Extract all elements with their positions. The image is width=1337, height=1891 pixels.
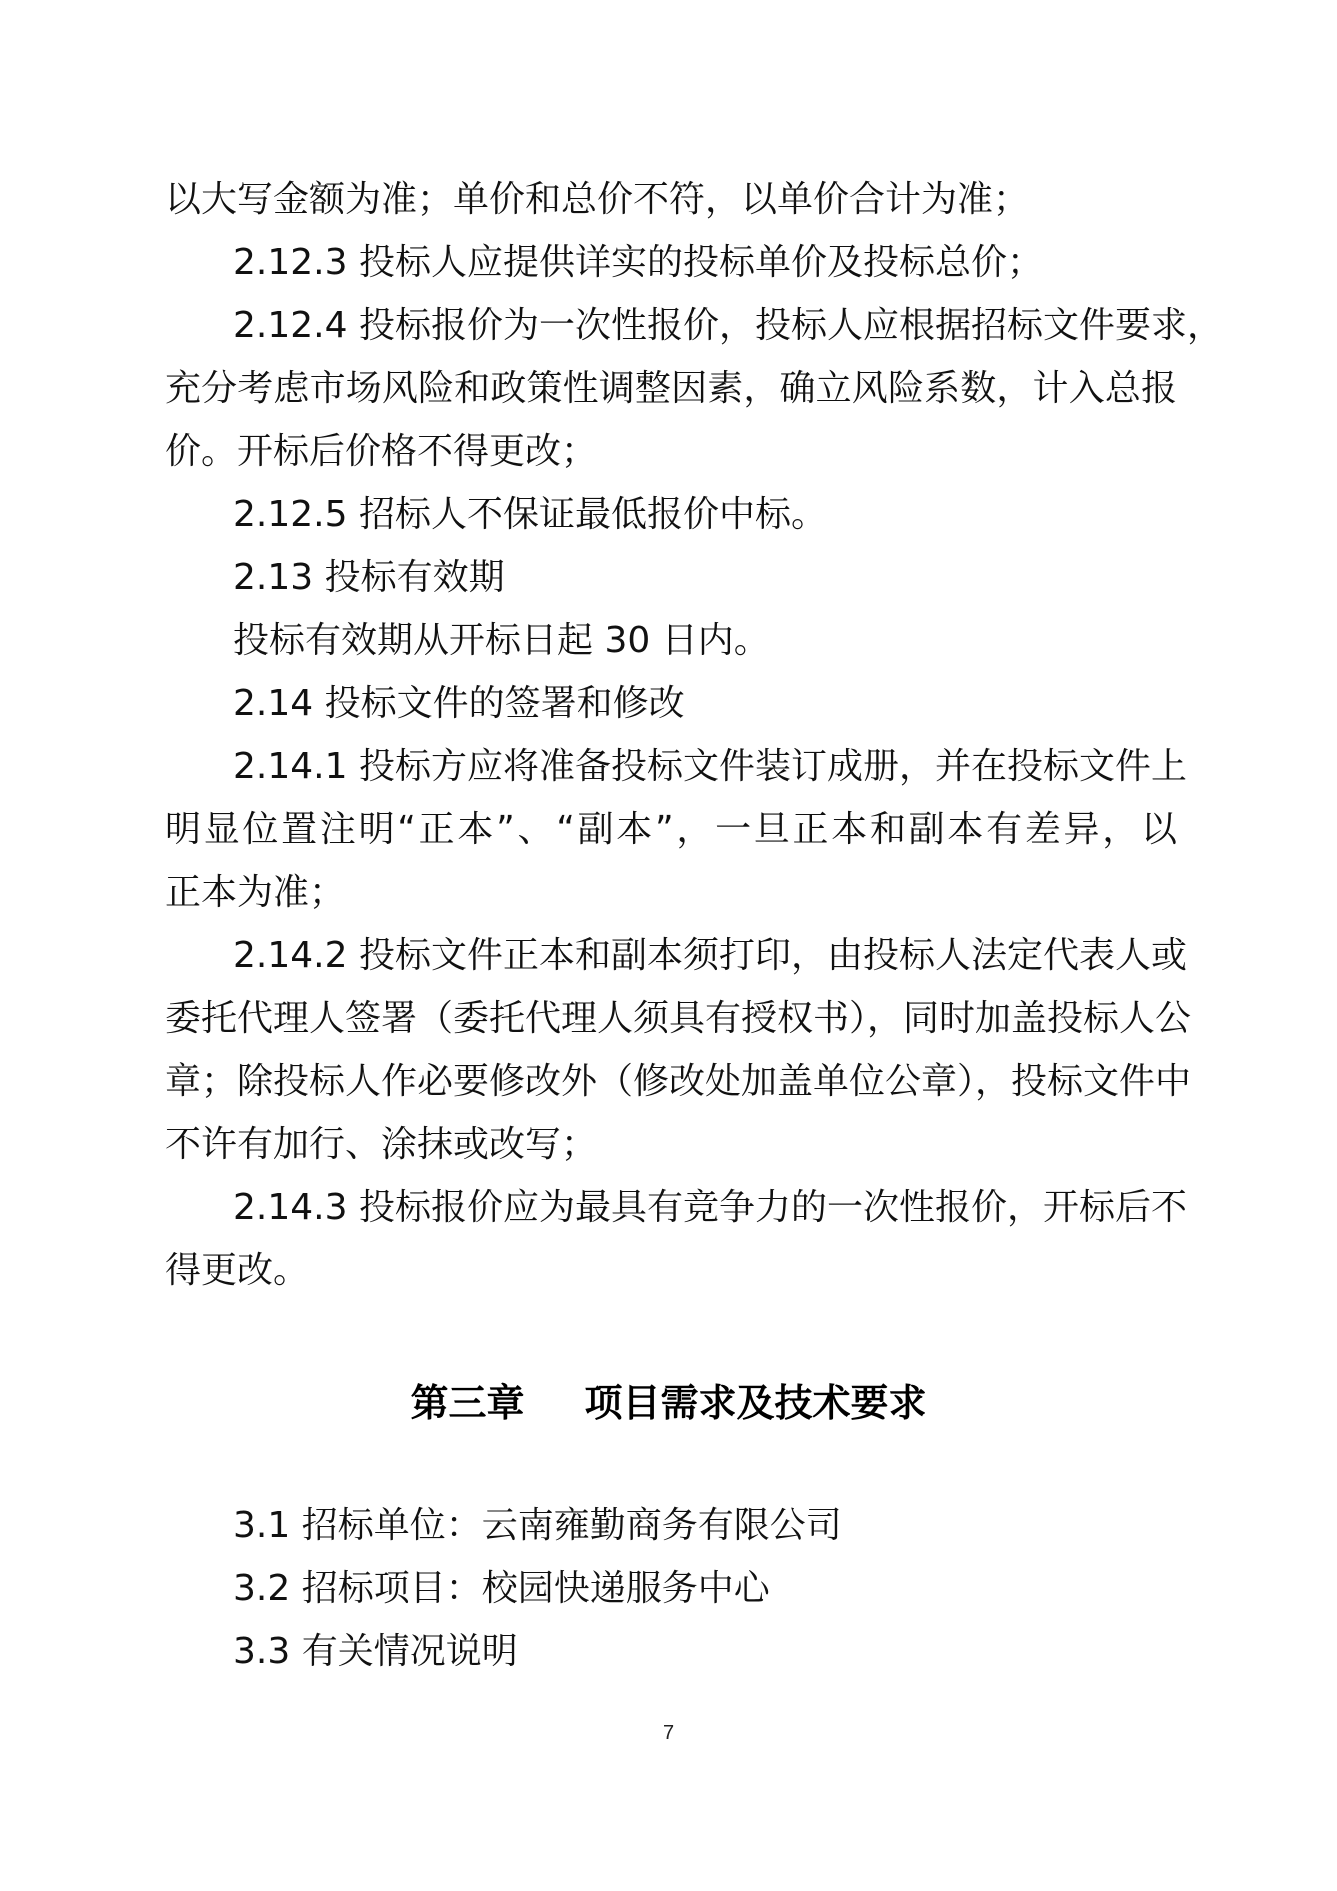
paragraph-line: 投标有效期从开标日起 30 日内。 [233,609,1177,672]
paragraph-line: 章；除投标人作必要修改外（修改处加盖单位公章），投标文件中 [165,1050,1177,1113]
clause-2-12-4: 2.12.4 投标报价为一次性报价，投标人应根据招标文件要求， [233,294,1177,357]
paragraph-line: 委托代理人签署（委托代理人须具有授权书），同时加盖投标人公 [165,987,1177,1050]
section-3-3: 3.3 有关情况说明 [233,1620,1177,1683]
paragraph-line: 得更改。 [165,1239,1177,1302]
section-heading-2-13: 2.13 投标有效期 [233,546,1177,609]
page-number: 7 [0,1722,1337,1745]
paragraph-line: 以大写金额为准；单价和总价不符，以单价合计为准； [165,168,1177,231]
paragraph-line: 正本为准； [165,861,1177,924]
chapter-heading: 第三章项目需求及技术要求 [0,1368,1337,1438]
section-3-1: 3.1 招标单位：云南雍勤商务有限公司 [233,1494,1177,1557]
paragraph-line: 充分考虑市场风险和政策性调整因素，确立风险系数，计入总报 [165,357,1177,420]
paragraph-line: 明显位置注明“正本”、“副本”，一旦正本和副本有差异，以 [165,798,1177,861]
clause-2-14-1: 2.14.1 投标方应将准备投标文件装订成册，并在投标文件上 [233,735,1177,798]
clause-2-12-3: 2.12.3 投标人应提供详实的投标单价及投标总价； [233,231,1177,294]
paragraph-line: 价。开标后价格不得更改； [165,420,1177,483]
clause-2-14-3: 2.14.3 投标报价应为最具有竞争力的一次性报价，开标后不 [233,1176,1177,1239]
clause-2-12-5: 2.12.5 招标人不保证最低报价中标。 [233,483,1177,546]
chapter-number: 第三章 [410,1380,524,1425]
section-heading-2-14: 2.14 投标文件的签署和修改 [233,672,1177,735]
document-page: 以大写金额为准；单价和总价不符，以单价合计为准； 2.12.3 投标人应提供详实… [0,0,1337,1891]
paragraph-line: 不许有加行、涂抹或改写； [165,1113,1177,1176]
clause-2-14-2: 2.14.2 投标文件正本和副本须打印，由投标人法定代表人或 [233,924,1177,987]
chapter-title: 项目需求及技术要求 [585,1380,927,1425]
section-3-2: 3.2 招标项目：校园快递服务中心 [233,1557,1177,1620]
